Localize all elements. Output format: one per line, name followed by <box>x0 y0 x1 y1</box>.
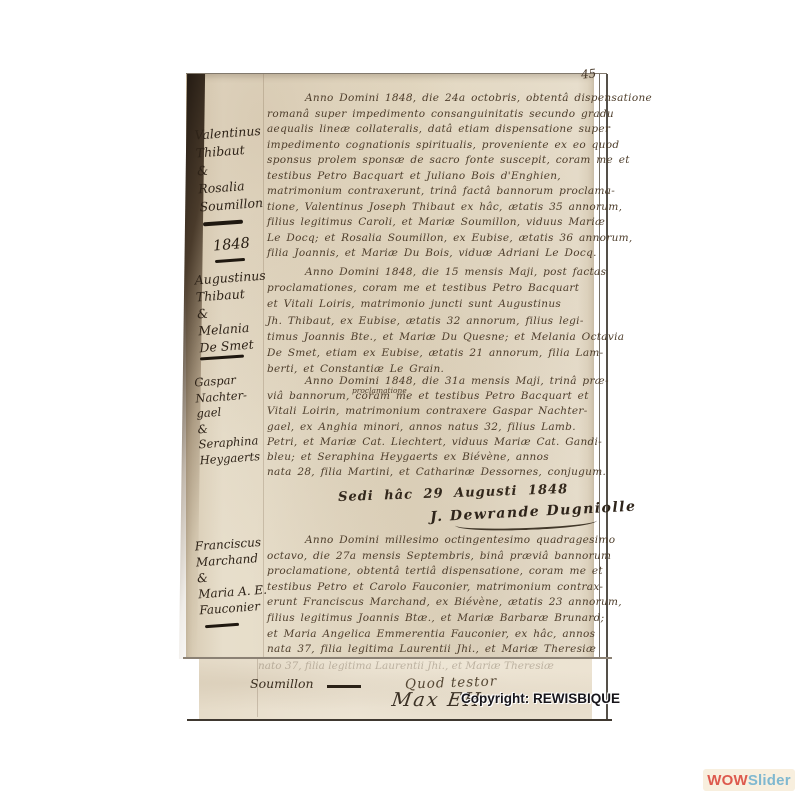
marriage-record-2: Anno Domini 1848, die 15 mensis Maji, po… <box>267 264 601 377</box>
record-text-line: Le Docq; et Rosalia Soumillon, ex Eubise… <box>267 231 601 247</box>
record-text-line: Petri, et Mariæ Cat. Liechtert, viduus M… <box>267 435 601 450</box>
margin-names-record-1: ValentinusThibaut&RosaliaSoumillon <box>194 122 270 217</box>
record-text-line: testibus Petro Bacquart et Juliano Bois … <box>267 169 601 185</box>
record-text-line: timus Joannis Bte., et Mariæ Du Quesne; … <box>267 329 601 345</box>
margin-names-record-4: FranciscusMarchand&Maria A. E.Fauconier <box>194 534 269 619</box>
record-text-line: gael, ex Anghia minori, annos natus 32, … <box>267 420 601 435</box>
record-text-line: proclamationes, coram me et testibus Pet… <box>267 280 601 296</box>
record-text-line: aequalis lineæ collateralis, datâ etiam … <box>267 122 601 138</box>
record-text-line: matrimonium contraxerunt, trinâ factâ ba… <box>267 184 601 200</box>
margin-separator <box>327 685 361 688</box>
margin-name-soumillon: Soumillon <box>250 676 314 691</box>
interlinear-insertion: proclamatione <box>352 386 407 395</box>
wowslider-slider-text: Slider <box>748 772 791 789</box>
wowslider-wow-text: WOW <box>707 772 748 789</box>
record-text-line: viâ bannorum, coram me et testibus Petro… <box>267 389 601 404</box>
record-text-line: bleu; et Seraphina Heygaerts ex Biévène,… <box>267 450 601 465</box>
margin-year: 1848 <box>212 235 250 254</box>
marriage-record-1: Anno Domini 1848, die 24a octobris, obte… <box>267 91 601 262</box>
record-text-line: Anno Domini millesimo octingentesimo qua… <box>267 533 601 549</box>
page-top-edge <box>186 73 607 74</box>
record-text-line: filia Joannis, et Mariæ Du Bois, viduæ A… <box>267 246 601 262</box>
record-text-line: erunt Franciscus Marchand, ex Biévène, æ… <box>267 595 601 611</box>
scan-viewer: 45 ValentinusThibaut&RosaliaSoumillon 18… <box>0 0 800 800</box>
record-text-line: filius legitimus Joannis Btæ., et Mariæ … <box>267 611 601 627</box>
record-text-line: tione, Valentinus Joseph Thibaut ex hâc,… <box>267 200 601 216</box>
record-text-line: De Smet, etiam ex Eubise, ætatis 21 anno… <box>267 345 601 361</box>
wowslider-watermark[interactable]: WOWSlider <box>703 769 795 791</box>
record-text-line: octavo, die 27a mensis Septembris, binâ … <box>267 549 601 565</box>
record-text-line: et Maria Angelica Emmerentia Fauconier, … <box>267 627 601 643</box>
margin-names-record-2: AugustinusThibaut&MelaniaDe Smet <box>194 267 270 357</box>
record-text-line: Anno Domini 1848, die 15 mensis Maji, po… <box>267 264 601 280</box>
record-text-line: romanâ super impedimento consanguinitati… <box>267 107 601 123</box>
record-text-line: Vitali Loirin, matrimonium contraxere Ga… <box>267 404 601 419</box>
page-right-rule-outer <box>606 74 608 721</box>
record-text-line: sponsus prolem sponsæ de sacro fonte sus… <box>267 153 601 169</box>
record-text-line: nata 28, filia Martini, et Catharinæ Des… <box>267 465 601 480</box>
marriage-record-3: Anno Domini 1848, die 31a mensis Maji, t… <box>267 374 601 480</box>
page-number: 45 <box>580 66 597 82</box>
record-text-line: nata 37, filia legitima Laurentii Jhi., … <box>267 642 601 658</box>
record-text-line: et Vitali Loiris, matrimonio juncti sunt… <box>267 296 601 312</box>
record-text-line: impedimento cognationis spiritualis, pro… <box>267 138 601 154</box>
margin-names-record-3: GasparNachter-gael&SeraphinaHeygaerts <box>194 371 270 469</box>
record-text-line: Anno Domini 1848, die 31a mensis Maji, t… <box>267 374 601 389</box>
record-text-line: Anno Domini 1848, die 24a octobris, obte… <box>267 91 601 107</box>
record-text-line: proclamatione, obtentâ tertiâ dispensati… <box>267 564 601 580</box>
record-text-line: filius legitimus Caroli, et Mariæ Soumil… <box>267 215 601 231</box>
marriage-record-4: Anno Domini millesimo octingentesimo qua… <box>267 533 601 658</box>
faded-duplicate-line: nato 37, filia legitima Laurentii Jhi., … <box>258 660 554 672</box>
record-text-line: testibus Petro et Carolo Fauconier, matr… <box>267 580 601 596</box>
copyright-overlay: Copyright: REWISBIQUE <box>461 691 620 706</box>
page-bottom-edge <box>187 719 612 721</box>
record-text-line: Jh. Thibaut, ex Eubise, ætatis 32 annoru… <box>267 313 601 329</box>
